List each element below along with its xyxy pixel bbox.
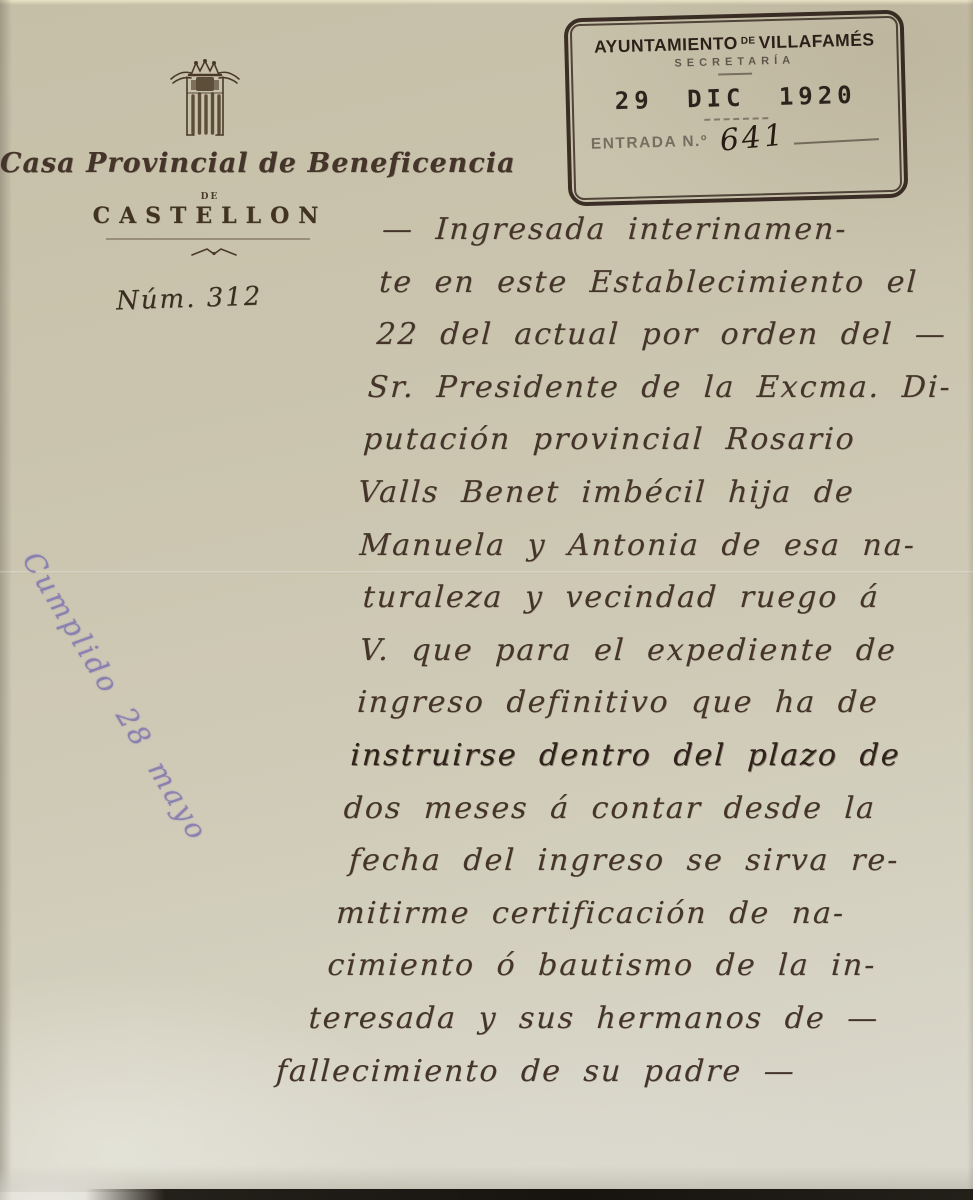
letterhead-flourish-icon <box>190 243 238 255</box>
manuscript-line: ingreso definitivo que ha de <box>355 685 948 738</box>
manuscript-line: Sr. Presidente de la Excma. Di- <box>366 370 965 423</box>
scanned-letter-page: Casa Provincial de Beneficencia DE CASTE… <box>0 0 973 1200</box>
scanner-edge-band <box>85 1189 973 1200</box>
organization-city: CASTELLON <box>0 203 420 229</box>
manuscript-line: Manuela y Antonia de esa na- <box>358 528 957 581</box>
beneficencia-crest-icon <box>166 56 244 148</box>
manuscript-line: putación provincial Rosario <box>361 422 962 475</box>
paper-edge-top <box>0 0 973 5</box>
paper-edge-left <box>0 0 12 1200</box>
manuscript-line: mitirme certificación de na- <box>334 896 937 949</box>
manuscript-line: cimiento ó bautismo de la in- <box>326 948 935 1001</box>
document-number: Núm. 312 <box>116 281 263 316</box>
manuscript-line: teresada y sus hermanos de — <box>307 1001 932 1054</box>
entry-number-handwritten: 641 <box>719 124 787 152</box>
entry-stamp: AYUNTAMIENTODEVILLAFAMÉS SECRETARÍA 29 D… <box>564 10 909 207</box>
paper-edge-right <box>967 0 973 1200</box>
entry-number-label: ENTRADA N.º <box>591 133 709 154</box>
stamp-subtitle-divider <box>718 73 752 76</box>
stamp-inner-border: AYUNTAMIENTODEVILLAFAMÉS SECRETARÍA 29 D… <box>570 16 902 201</box>
entry-number-underline <box>794 138 879 144</box>
manuscript-body: — Ingresada interinamen- te en este Esta… <box>336 212 973 1106</box>
manuscript-line: instruirse dentro del plazo de <box>349 738 946 791</box>
manuscript-line: fallecimiento de su padre — <box>274 1054 929 1107</box>
stamp-date: 29 DIC 1920 <box>573 80 898 116</box>
manuscript-line: — Ingresada interinamen- <box>380 212 973 265</box>
manuscript-line: turaleza y vecindad ruego á <box>361 580 954 633</box>
manuscript-line: Valls Benet imbécil hija de <box>356 475 959 528</box>
stamp-title-left: AYUNTAMIENTO <box>594 33 738 57</box>
manuscript-line: V. que para el expediente de <box>358 633 951 686</box>
stamp-entry-row: ENTRADA N.º 641 <box>591 124 883 154</box>
city-underline <box>106 238 310 240</box>
manuscript-line: 22 del actual por orden del — <box>375 317 968 370</box>
stamp-title-right: VILLAFAMÉS <box>758 29 874 52</box>
organization-de-label: DE <box>0 192 420 202</box>
organization-name: Casa Provincial de Beneficencia <box>0 148 420 179</box>
manuscript-line: dos meses á contar desde la <box>342 791 943 844</box>
manuscript-line: te en este Establecimiento el <box>377 265 970 318</box>
manuscript-line: fecha del ingreso se sirva re- <box>347 843 940 896</box>
stamp-title-de: DE <box>741 35 756 46</box>
margin-note: Cumplido 28 mayo <box>16 546 215 848</box>
